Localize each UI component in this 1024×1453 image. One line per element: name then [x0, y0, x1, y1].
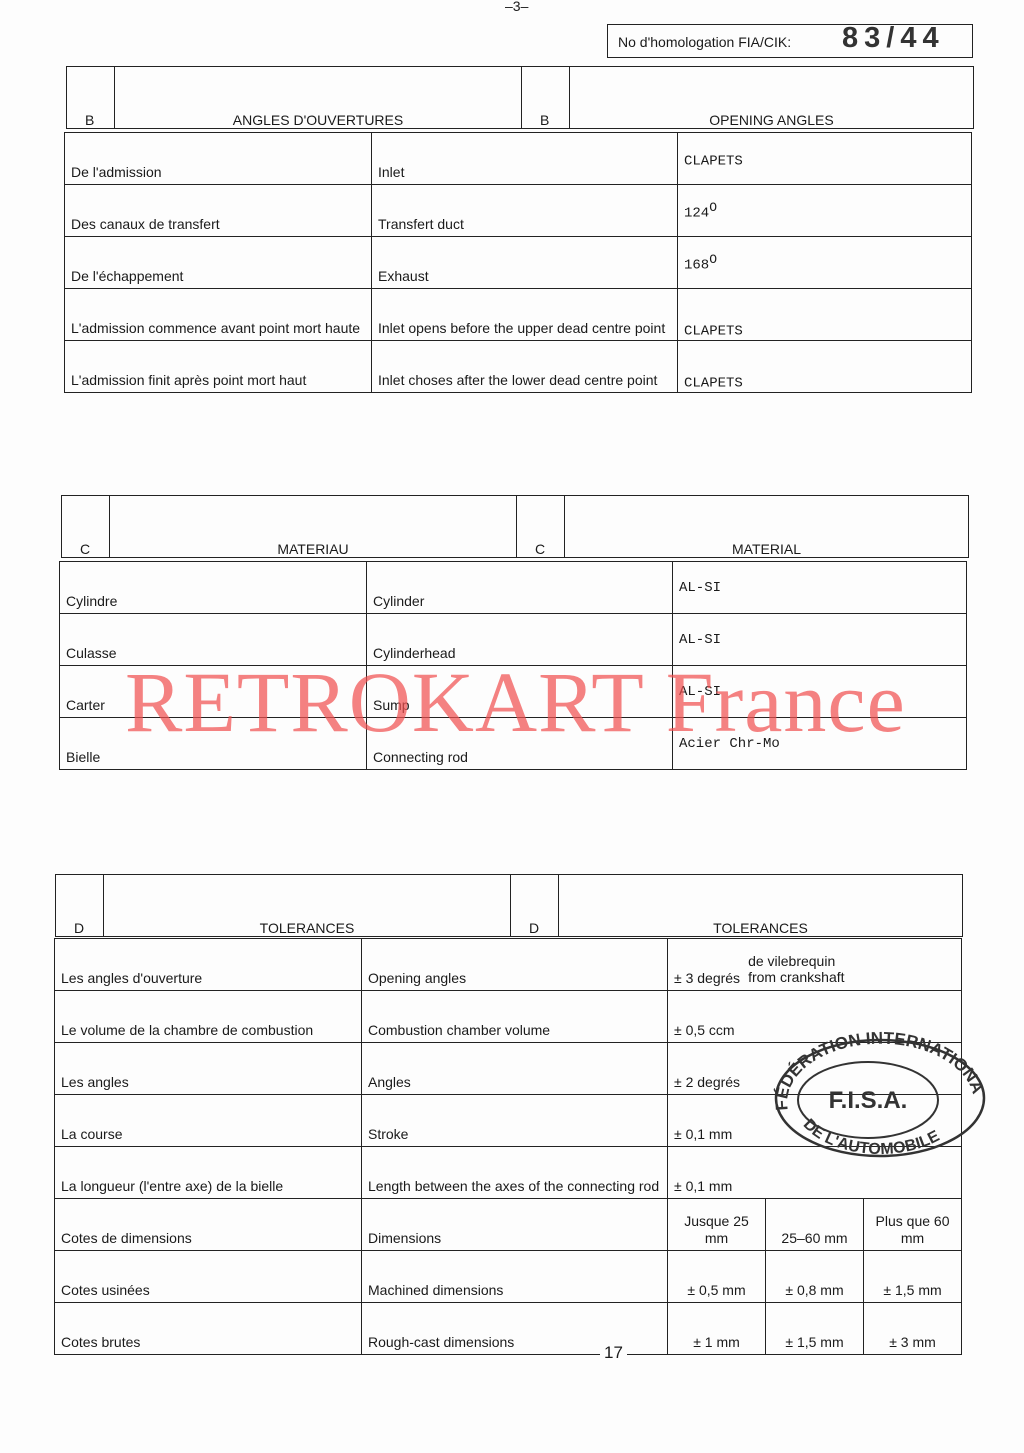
- label-en: Transfert duct: [372, 185, 678, 237]
- label-en: Angles: [362, 1043, 668, 1095]
- label-fr-text: La longueur (l'entre axe) de la bielle: [61, 1178, 355, 1198]
- label-fr: La course: [55, 1095, 362, 1147]
- fisa-stamp: FÉDÉRATION INTERNATIONALE DE L'AUTOMOBIL…: [768, 1030, 988, 1160]
- table-row: Cotes brutesRough-cast dimensions± 1 mm±…: [55, 1303, 962, 1355]
- tolerance-value: ± 2 degrés: [674, 1074, 740, 1091]
- value-text: AL-SI: [679, 580, 721, 596]
- table-row: Les angles d'ouvertureOpening angles± 3 …: [55, 939, 962, 991]
- dimension-tolerance-text: Plus que 60 mm: [870, 1213, 955, 1250]
- tolerance-note: de vilebrequin from crankshaft: [748, 953, 844, 985]
- label-en-text: Sump: [373, 697, 666, 717]
- tolerance-cell: ± 3 degrésde vilebrequin from crankshaft: [668, 939, 962, 991]
- dimension-tolerance-cell: 25–60 mm: [766, 1199, 864, 1251]
- value-text: CLAPETS: [684, 153, 743, 169]
- label-fr: Carter: [60, 666, 367, 718]
- label-en-text: Length between the axes of the connectin…: [368, 1178, 661, 1198]
- section-b-table: B ANGLES D'OUVERTURES B OPENING ANGLES: [66, 66, 974, 129]
- section-b-rows: De l'admissionInletCLAPETSDes canaux de …: [64, 132, 972, 393]
- label-en: Exhaust: [372, 237, 678, 289]
- label-fr-text: Cotes de dimensions: [61, 1230, 355, 1250]
- label-en-text: Angles: [368, 1074, 661, 1094]
- label-en-text: Inlet choses after the lower dead centre…: [378, 372, 671, 392]
- dimension-tolerance-cell: ± 1,5 mm: [766, 1303, 864, 1355]
- label-en: Connecting rod: [367, 718, 673, 770]
- tolerance-value: ± 0,1 mm: [674, 1126, 732, 1143]
- label-fr: De l'admission: [65, 133, 372, 185]
- section-letter: C: [62, 496, 110, 558]
- label-fr: Le volume de la chambre de combustion: [55, 991, 362, 1043]
- label-fr: Cotes de dimensions: [55, 1199, 362, 1251]
- label-en: Length between the axes of the connectin…: [362, 1147, 668, 1199]
- label-fr: Cotes usinées: [55, 1251, 362, 1303]
- table-row: CylindreCylinderAL-SI: [60, 562, 967, 614]
- section-letter: D: [56, 875, 104, 937]
- value-cell: 168O: [678, 237, 972, 289]
- label-en: Cylinder: [367, 562, 673, 614]
- dimension-tolerance-cell: ± 3 mm: [864, 1303, 962, 1355]
- table-row: Des canaux de transfertTransfert duct124…: [65, 185, 972, 237]
- label-en-text: Dimensions: [368, 1230, 661, 1250]
- label-fr-text: Cotes usinées: [61, 1282, 355, 1302]
- tolerance-value: ± 3 degrés: [674, 970, 740, 987]
- label-fr-text: L'admission finit après point mort haut: [71, 372, 365, 392]
- label-fr-text: Le volume de la chambre de combustion: [61, 1022, 355, 1042]
- section-title-fr: ANGLES D'OUVERTURES: [115, 67, 522, 129]
- value-cell: CLAPETS: [678, 133, 972, 185]
- section-letter: B: [67, 67, 115, 129]
- table-row: Cotes de dimensionsDimensionsJusque 25 m…: [55, 1199, 962, 1251]
- dimension-tolerance-text: ± 0,5 mm: [674, 1282, 759, 1302]
- dimension-tolerance-text: ± 1,5 mm: [772, 1334, 857, 1354]
- section-title-en: MATERIAL: [565, 496, 969, 558]
- label-en-text: Transfert duct: [378, 216, 671, 236]
- label-fr-text: Cotes brutes: [61, 1334, 355, 1354]
- dimension-tolerance-cell: ± 1,5 mm: [864, 1251, 962, 1303]
- bottom-page-number: 17: [600, 1343, 627, 1363]
- label-fr: De l'échappement: [65, 237, 372, 289]
- label-fr: L'admission commence avant point mort ha…: [65, 289, 372, 341]
- dimension-tolerance-cell: Jusque 25 mm: [668, 1199, 766, 1251]
- value-cell: CLAPETS: [678, 341, 972, 393]
- label-en: Stroke: [362, 1095, 668, 1147]
- label-fr-text: Culasse: [66, 645, 360, 665]
- section-title-en: TOLERANCES: [559, 875, 963, 937]
- dimension-tolerance-text: 25–60 mm: [772, 1230, 857, 1250]
- value-text: CLAPETS: [684, 324, 743, 340]
- label-en-text: Opening angles: [368, 970, 661, 990]
- label-fr: La longueur (l'entre axe) de la bielle: [55, 1147, 362, 1199]
- dimension-tolerance-text: ± 0,8 mm: [772, 1282, 857, 1302]
- label-fr-text: Les angles d'ouverture: [61, 970, 355, 990]
- label-en-text: Combustion chamber volume: [368, 1022, 661, 1042]
- value-cell: AL-SI: [673, 614, 967, 666]
- tolerance-value: ± 0,5 ccm: [674, 1022, 735, 1039]
- value-text: AL-SI: [679, 632, 721, 648]
- label-en-text: Connecting rod: [373, 749, 666, 769]
- label-fr: Culasse: [60, 614, 367, 666]
- tolerance-wrap: ± 3 degrésde vilebrequin from crankshaft: [674, 953, 955, 990]
- label-en: Machined dimensions: [362, 1251, 668, 1303]
- section-title-fr: TOLERANCES: [104, 875, 511, 937]
- table-row: L'admission commence avant point mort ha…: [65, 289, 972, 341]
- label-en: Inlet opens before the upper dead centre…: [372, 289, 678, 341]
- value-cell: Acier Chr-Mo: [673, 718, 967, 770]
- homologation-number: 83/44: [842, 22, 945, 55]
- label-en: Opening angles: [362, 939, 668, 991]
- label-en-text: Inlet opens before the upper dead centre…: [378, 320, 671, 340]
- value-cell: CLAPETS: [678, 289, 972, 341]
- label-fr: Les angles d'ouverture: [55, 939, 362, 991]
- table-row: De l'admissionInletCLAPETS: [65, 133, 972, 185]
- degree-symbol: O: [709, 200, 717, 215]
- label-fr: Les angles: [55, 1043, 362, 1095]
- label-en-text: Exhaust: [378, 268, 671, 288]
- label-en-text: Cylinder: [373, 593, 666, 613]
- value-text: 168: [684, 257, 709, 273]
- homologation-box: No d'homologation FIA/CIK: 83/44: [607, 24, 973, 58]
- value-text: CLAPETS: [684, 376, 743, 392]
- dimension-tolerance-text: ± 1,5 mm: [870, 1282, 955, 1302]
- label-en: Dimensions: [362, 1199, 668, 1251]
- label-fr: Cotes brutes: [55, 1303, 362, 1355]
- section-letter: B: [522, 67, 570, 129]
- table-row: BielleConnecting rodAcier Chr-Mo: [60, 718, 967, 770]
- value-cell: AL-SI: [673, 562, 967, 614]
- label-fr: Bielle: [60, 718, 367, 770]
- homologation-label: No d'homologation FIA/CIK:: [618, 34, 791, 50]
- value-text: Acier Chr-Mo: [679, 736, 780, 752]
- label-en-text: Machined dimensions: [368, 1282, 661, 1302]
- label-en-text: Stroke: [368, 1126, 661, 1146]
- section-letter: C: [517, 496, 565, 558]
- label-fr-text: L'admission commence avant point mort ha…: [71, 320, 365, 340]
- label-fr: L'admission finit après point mort haut: [65, 341, 372, 393]
- table-row: L'admission finit après point mort hautI…: [65, 341, 972, 393]
- label-en: Sump: [367, 666, 673, 718]
- label-fr: Cylindre: [60, 562, 367, 614]
- label-en: Inlet: [372, 133, 678, 185]
- label-fr-text: Les angles: [61, 1074, 355, 1094]
- section-letter: D: [511, 875, 559, 937]
- dimension-tolerance-cell: Plus que 60 mm: [864, 1199, 962, 1251]
- label-en: Combustion chamber volume: [362, 991, 668, 1043]
- section-title-fr: MATERIAU: [110, 496, 517, 558]
- value-text: AL-SI: [679, 684, 721, 700]
- value-cell: AL-SI: [673, 666, 967, 718]
- section-d-table: D TOLERANCES D TOLERANCES: [55, 874, 963, 937]
- top-page-number: –3–: [505, 0, 528, 14]
- label-fr-text: Cylindre: [66, 593, 360, 613]
- label-fr-text: Bielle: [66, 749, 360, 769]
- section-title-en: OPENING ANGLES: [570, 67, 974, 129]
- dimension-tolerance-text: ± 1 mm: [674, 1334, 759, 1354]
- stamp-center-text: F.I.S.A.: [829, 1087, 908, 1114]
- table-row: Cotes usinéesMachined dimensions± 0,5 mm…: [55, 1251, 962, 1303]
- tolerance-value: ± 0,1 mm: [674, 1178, 732, 1195]
- dimension-tolerance-text: Jusque 25 mm: [674, 1213, 759, 1250]
- table-row: De l'échappementExhaust168O: [65, 237, 972, 289]
- value-cell: 124O: [678, 185, 972, 237]
- label-en-text: Cylinderhead: [373, 645, 666, 665]
- degree-symbol: O: [709, 252, 717, 267]
- label-fr-text: La course: [61, 1126, 355, 1146]
- label-en: Cylinderhead: [367, 614, 673, 666]
- label-fr-text: De l'échappement: [71, 268, 365, 288]
- section-c-rows: CylindreCylinderAL-SICulasseCylinderhead…: [59, 561, 967, 770]
- dimension-tolerance-cell: ± 1 mm: [668, 1303, 766, 1355]
- dimension-tolerance-text: ± 3 mm: [870, 1334, 955, 1354]
- dimension-tolerance-cell: ± 0,5 mm: [668, 1251, 766, 1303]
- section-c-table: C MATERIAU C MATERIAL: [61, 495, 969, 558]
- label-fr-text: Carter: [66, 697, 360, 717]
- table-row: CarterSumpAL-SI: [60, 666, 967, 718]
- label-en-text: Inlet: [378, 164, 671, 184]
- dimension-tolerance-cell: ± 0,8 mm: [766, 1251, 864, 1303]
- value-text: 124: [684, 205, 709, 221]
- tolerance-wrap: ± 0,1 mm: [674, 1178, 955, 1198]
- label-fr-text: Des canaux de transfert: [71, 216, 365, 236]
- label-fr-text: De l'admission: [71, 164, 365, 184]
- label-en: Inlet choses after the lower dead centre…: [372, 341, 678, 393]
- label-fr: Des canaux de transfert: [65, 185, 372, 237]
- table-row: CulasseCylinderheadAL-SI: [60, 614, 967, 666]
